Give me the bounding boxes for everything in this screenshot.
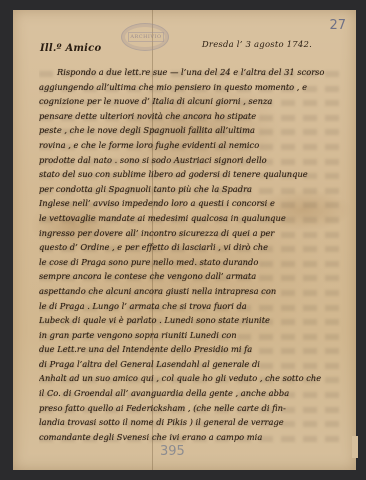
body-line: peste , che le nove degli Spagnuoli fall… [39, 123, 344, 138]
body-line: di Praga l’altra del General Lasendahl a… [39, 357, 344, 372]
body-line: prodotte dal nato . sono si sodo Austria… [39, 153, 344, 168]
body-line: Lubeck di quale vi è parlato . Lunedi so… [39, 313, 344, 328]
salutation: Ill.º Amico [40, 43, 101, 54]
body-line: comandante degli Svenesi che ivi erano a… [39, 430, 344, 445]
body-line: sempre ancora le contese che vengono dal… [39, 269, 344, 284]
body-line: in gran parte vengono sopra riuniti Lune… [39, 328, 344, 343]
archive-stamp-label: ARCHIVIO [128, 32, 164, 42]
catalog-number: 395 [160, 444, 185, 459]
date-line: Dresda l’ 3 agosto 1742. [202, 40, 312, 50]
letter-body: Rispondo a due lett.re sue — l’una del 2… [39, 65, 344, 444]
body-line: questo d’ Ordine , e per effetto di lasc… [39, 240, 344, 255]
body-line: rovina , e che le forme loro fughe evide… [39, 138, 344, 153]
body-line: pensare dette ulteriori novità che ancor… [39, 109, 344, 124]
body-line: preso fatto quello ai Federicksham , (ch… [39, 401, 344, 416]
folio-number: 27 [329, 18, 346, 33]
body-line: Anhalt ad un suo amico qui , col quale h… [39, 371, 344, 386]
archive-stamp: ARCHIVIO [121, 23, 169, 51]
body-line: landia trovasi sotto il nome di Pikis ) … [39, 415, 344, 430]
body-line: Inglese nell’ avviso impedendo loro a qu… [39, 196, 344, 211]
body-line: aspettando che alcuni ancora giusti nell… [39, 284, 344, 299]
body-line: le di Praga . Lungo l’ armata che si tro… [39, 299, 344, 314]
body-line: cognizione per le nuove d’ Italia di alc… [39, 94, 344, 109]
body-line: stato del suo con sublime libero ad gode… [39, 167, 344, 182]
body-line: Rispondo a due lett.re sue — l’una del 2… [39, 65, 344, 80]
body-line: le cose di Praga sono pure nello med. st… [39, 255, 344, 270]
body-line: aggiungendo all’ultima che mio pensiero … [39, 80, 344, 95]
letter-page: ARCHIVIO 27 Dresda l’ 3 agosto 1742. Ill… [13, 10, 356, 470]
body-line: per condotta gli Spagnuoli tanto più che… [39, 182, 344, 197]
body-line: il Co. di Groendal all’ avanguardia dell… [39, 386, 344, 401]
body-line: le vettovaglie mandate ai medesimi qualc… [39, 211, 344, 226]
body-line: ingresso per dovere all’ incontro sicure… [39, 226, 344, 241]
body-line: due Lett.re una del Intendente dello Pre… [39, 342, 344, 357]
